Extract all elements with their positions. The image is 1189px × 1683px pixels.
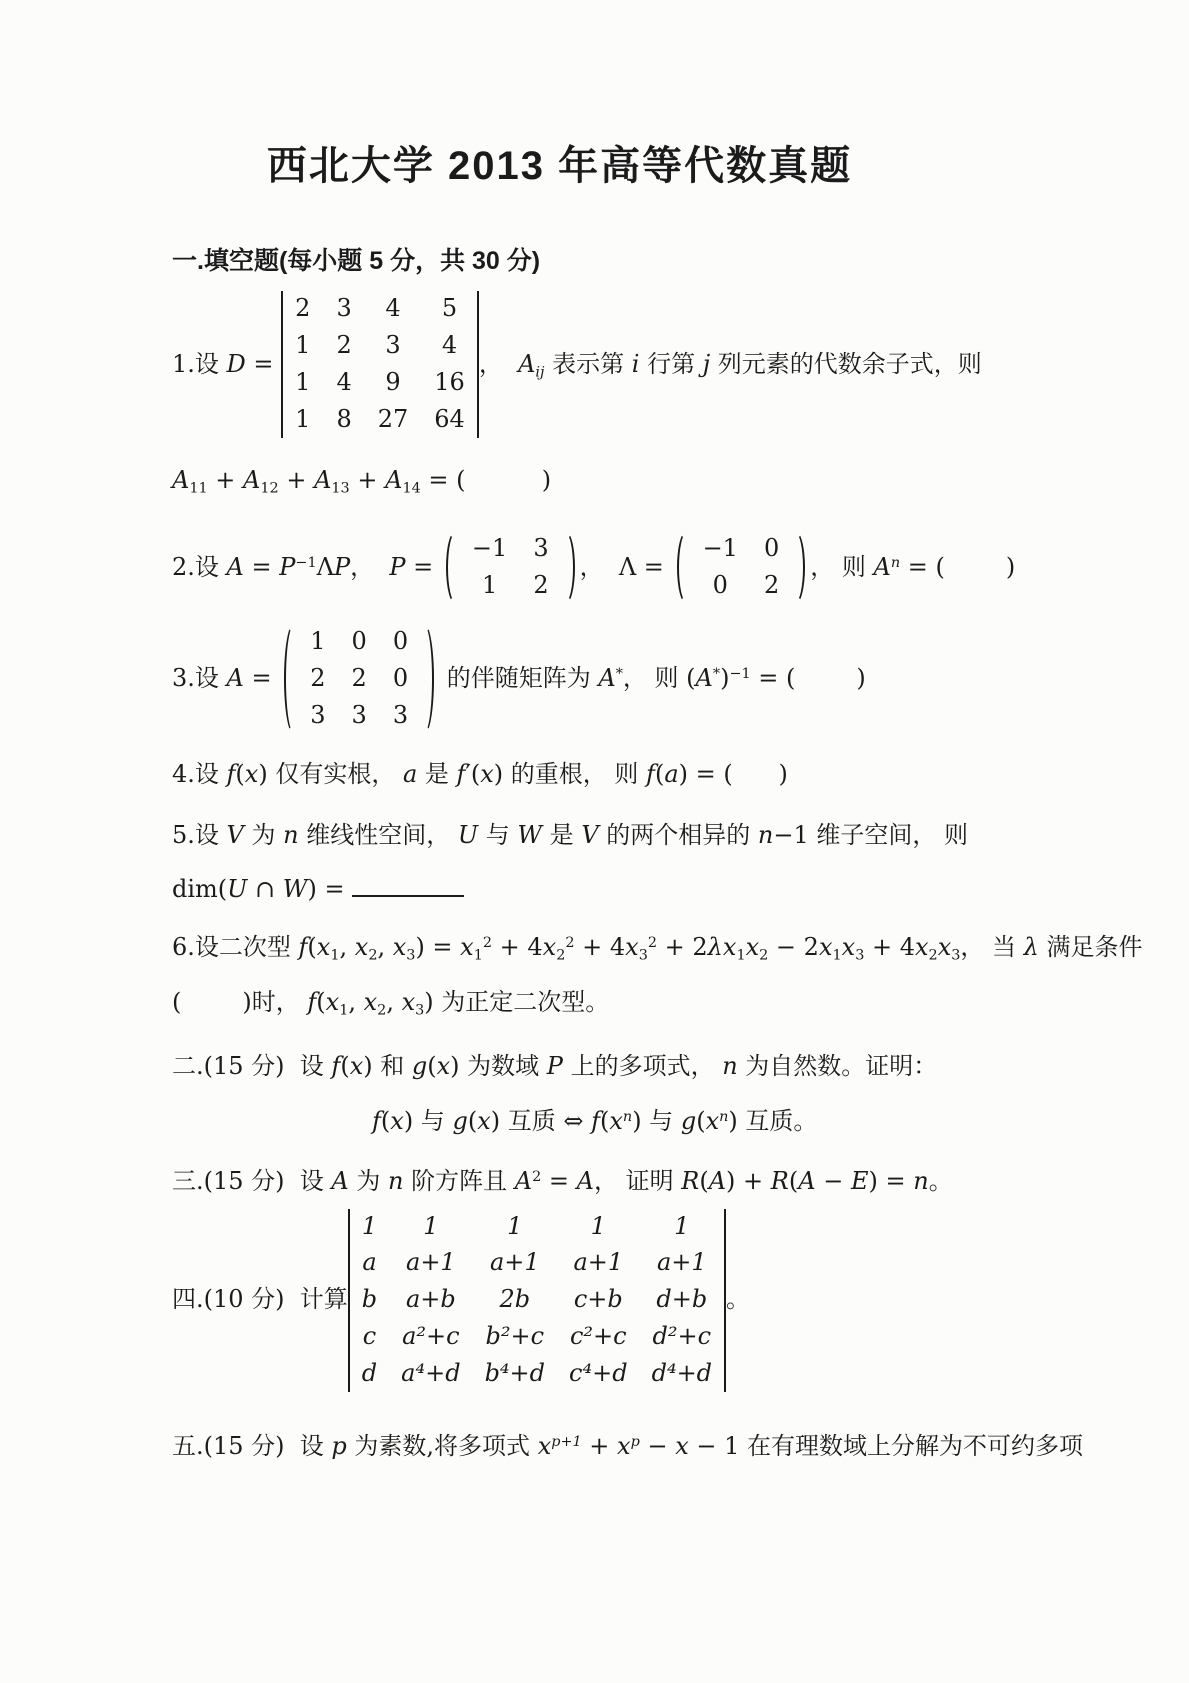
text-run: 为素数,将多项式: [347, 1432, 538, 1460]
problem-2-lead: 2.设 A = P−1ΛP， P =: [172, 551, 441, 585]
text-run: x: [355, 933, 369, 961]
right-paren: [786, 531, 805, 604]
text-run: 维线性空间，: [299, 821, 458, 849]
text-run: (: [316, 988, 325, 1016]
matrix-P-cells: −1312: [460, 531, 561, 604]
matrix-cell: c²+c: [569, 1324, 628, 1350]
text-run: 1: [339, 1003, 348, 1019]
text-run: 2: [377, 1003, 386, 1019]
text-run: ) 互质 ⇔: [491, 1107, 591, 1135]
text-run: x: [842, 933, 856, 961]
text-run: ) 的重根， 则: [494, 760, 646, 788]
matrix-cell: 3: [352, 703, 367, 729]
text-run: ,: [386, 988, 401, 1016]
text-run: A: [227, 664, 244, 692]
text-run: x: [625, 933, 639, 961]
matrix-cell: a⁴+d: [401, 1361, 460, 1387]
text-run: R: [771, 1167, 789, 1195]
text-run: 与: [478, 821, 517, 849]
text-run: (: [340, 1052, 349, 1080]
text-run: +: [208, 466, 243, 494]
matrix-cell: 0: [352, 629, 367, 655]
matrix-cell: b: [362, 1287, 377, 1313]
text-run: A: [385, 466, 402, 494]
text-run: 的两个相异的: [599, 821, 758, 849]
text-run: A: [227, 553, 244, 581]
text-run: ) 互质。: [728, 1107, 817, 1135]
text-run: A: [331, 1167, 348, 1195]
text-run: [352, 875, 464, 897]
text-run: ) =: [415, 933, 460, 961]
matrix-cell: 1: [295, 407, 310, 433]
text-run: (: [307, 933, 316, 961]
text-run: x: [723, 933, 737, 961]
text-run: g: [452, 1107, 467, 1135]
text-run: x: [477, 1107, 491, 1135]
text-run: p: [331, 1432, 346, 1460]
problem-1-lead: 1.设 D =: [172, 348, 281, 382]
text-run: −1: [295, 555, 316, 571]
text-run: x: [480, 760, 494, 788]
text-run: 四.(10 分) 计算: [172, 1285, 348, 1313]
text-run: (: [427, 1052, 436, 1080]
matrix-cell: 4: [378, 296, 409, 322]
matrix-cell: 1: [295, 370, 310, 396]
text-run: + 4: [492, 933, 543, 961]
matrix-A: 100220333: [284, 624, 434, 734]
text-run: U: [227, 875, 247, 903]
text-run: x: [538, 1432, 552, 1460]
problem-5-line-2: dim(U ∩ W) =: [172, 873, 1109, 907]
matrix-cell: 2: [352, 666, 367, 692]
matrix-cell: 1: [485, 1214, 545, 1240]
problem-1-tail: ， Aij 表示第 i 行第 j 列元素的代数余子式，则: [479, 348, 982, 382]
problem-2: 2.设 A = P−1ΛP， P = −1312 ， Λ = −1002 ， 则…: [172, 531, 1109, 604]
text-run: f: [307, 988, 316, 1016]
matrix-cell: 2: [295, 296, 310, 322]
matrix-A-cells: 100220333: [298, 624, 420, 734]
text-run: 阶方阵且: [404, 1167, 515, 1195]
text-run: ) =: [307, 875, 352, 903]
text-run: +: [279, 466, 314, 494]
text-run: ， 当: [960, 933, 1023, 961]
text-run: 6.设二次型: [172, 933, 299, 961]
text-run: A: [518, 350, 535, 378]
text-run: p: [631, 1434, 640, 1450]
matrix-cell: 2: [336, 333, 351, 359]
page-title: 西北大学 2013 年高等代数真题: [172, 142, 947, 190]
problem-6-line-2: ( )时， f(x1, x2, x3) 为正定二次型。: [172, 986, 1109, 1020]
text-run: a: [664, 760, 678, 788]
text-run: λ: [1024, 933, 1039, 961]
text-run: λ: [708, 933, 723, 961]
text-run: x: [390, 1107, 404, 1135]
text-run: n: [758, 821, 773, 849]
text-run: V: [227, 821, 244, 849]
text-run: −1: [729, 666, 750, 682]
matrix-cell: 3: [533, 536, 548, 562]
problem-1: 1.设 D = 2345123414916182764 ， Aij 表示第 i …: [172, 291, 1109, 438]
matrix-cell: a²+c: [401, 1324, 460, 1350]
text-run: 是: [542, 821, 581, 849]
text-run: n: [722, 1052, 737, 1080]
text-run: P: [547, 1052, 563, 1080]
matrix-cell: a+1: [652, 1250, 712, 1276]
text-run: ( )时，: [172, 988, 307, 1016]
problem-3-tail: 的伴随矩阵为 A*， 则 (A*)−1 = ( ): [439, 662, 866, 696]
matrix-cell: 2b: [485, 1287, 545, 1313]
text-run: 2: [565, 935, 574, 951]
text-run: 行第: [639, 350, 702, 378]
text-run: *: [713, 666, 720, 682]
text-run: x: [746, 933, 760, 961]
text-run: (: [468, 1107, 477, 1135]
text-run: 1: [832, 947, 841, 963]
right-paren: [415, 624, 434, 734]
problem-three: 三.(15 分) 设 A 为 n 阶方阵且 A2 = A， 证明 R(A) + …: [172, 1165, 1109, 1199]
determinant-D: 2345123414916182764: [281, 291, 479, 438]
text-run: −: [816, 1167, 851, 1195]
text-run: x: [350, 1052, 364, 1080]
exam-page: 西北大学 2013 年高等代数真题 一.填空题(每小题 5 分，共 30 分) …: [0, 0, 1189, 1683]
matrix-cell: 3: [393, 703, 408, 729]
text-run: p+1: [551, 1434, 581, 1450]
text-run: = ( ): [751, 664, 866, 692]
matrix-cell: 0: [703, 573, 738, 599]
matrix-cell: 2: [310, 666, 325, 692]
text-run: ，: [479, 350, 518, 378]
text-run: x: [609, 1107, 623, 1135]
matrix-cell: 4: [434, 333, 465, 359]
determinant-five-by-five: 11111aa+1a+1a+1a+1ba+b2bc+bd+bca²+cb²+cc…: [348, 1209, 726, 1393]
text-run: g: [681, 1107, 696, 1135]
problem-four-label: 四.(10 分) 计算: [172, 1283, 348, 1317]
matrix-cell: a+1: [569, 1250, 628, 1276]
text-run: ,: [340, 933, 355, 961]
text-run: x: [364, 988, 378, 1016]
text-run: 为自然数。证明：: [738, 1052, 938, 1080]
text-run: 为: [349, 1167, 388, 1195]
problem-1-cofactor-line: A11 + A12 + A13 + A14 = ( ): [172, 464, 1109, 498]
text-run: −1 维子空间， 则: [773, 821, 968, 849]
text-run: + 4: [864, 933, 915, 961]
text-run: A: [598, 664, 615, 692]
matrix-cell: 1: [569, 1214, 628, 1240]
text-run: + 2: [657, 933, 708, 961]
problem-3-lead: 3.设 A =: [172, 662, 279, 696]
text-run: n: [388, 1167, 403, 1195]
text-run: 二.(15 分) 设: [172, 1052, 331, 1080]
matrix-cell: −1: [703, 536, 738, 562]
text-run: (: [600, 1107, 609, 1135]
matrix-P: −1312: [446, 531, 575, 604]
text-run: x: [402, 988, 416, 1016]
matrix-cell: 0: [393, 666, 408, 692]
text-run: Λ: [317, 553, 334, 581]
text-run: A: [874, 553, 891, 581]
text-run: ) 为正定二次型。: [424, 988, 609, 1016]
text-run: D: [227, 350, 246, 378]
problem-4: 4.设 f(x) 仅有实根， a 是 f′(x) 的重根， 则 f(a) = (…: [172, 758, 1109, 792]
matrix-cell: 3: [336, 296, 351, 322]
matrix-cell: d: [362, 1361, 377, 1387]
text-run: A: [798, 1167, 815, 1195]
matrix-cell: a+b: [401, 1287, 460, 1313]
text-run: ) 为数域: [450, 1052, 547, 1080]
text-run: n: [913, 1167, 928, 1195]
text-run: + 4: [575, 933, 626, 961]
text-run: − 1 在有理数域上分解为不可约多项: [689, 1432, 1083, 1460]
text-run: (: [699, 1167, 708, 1195]
text-run: A: [314, 466, 331, 494]
text-run: 2: [648, 935, 657, 951]
text-run: 表示第: [545, 350, 632, 378]
text-run: −: [640, 1432, 675, 1460]
text-run: f: [331, 1052, 340, 1080]
text-run: ) 与: [404, 1107, 453, 1135]
text-run: (: [789, 1167, 798, 1195]
matrix-cell: 4: [336, 370, 351, 396]
text-run: 2.设: [172, 553, 227, 581]
text-run: 的伴随矩阵为: [439, 664, 598, 692]
text-run: 2: [929, 947, 938, 963]
problem-2-mid: ， Λ =: [580, 551, 672, 585]
text-run: n: [719, 1109, 728, 1125]
text-run: 3.设: [172, 664, 227, 692]
text-run: f: [591, 1107, 600, 1135]
matrix-cell: a+1: [485, 1250, 545, 1276]
text-run: ， 则 (: [623, 664, 696, 692]
matrix-cell: 27: [378, 407, 409, 433]
section-fill-in-header: 一.填空题(每小题 5 分，共 30 分): [172, 244, 1109, 279]
problem-four-period: 。: [726, 1283, 750, 1317]
text-run: 3: [855, 947, 864, 963]
matrix-cell: b⁴+d: [485, 1361, 545, 1387]
text-run: 1: [474, 947, 483, 963]
matrix-cell: 0: [393, 629, 408, 655]
text-run: U: [458, 821, 478, 849]
matrix-cell: d⁴+d: [652, 1361, 712, 1387]
text-run: V: [581, 821, 598, 849]
matrix-cell: 5: [434, 296, 465, 322]
text-run: 1: [736, 947, 745, 963]
text-run: 上的多项式，: [563, 1052, 722, 1080]
text-run: ) 和: [363, 1052, 412, 1080]
matrix-cell: 1: [295, 333, 310, 359]
text-run: ′(: [465, 760, 480, 788]
text-run: x: [617, 1432, 631, 1460]
text-run: 五.(15 分) 设: [172, 1432, 331, 1460]
text-run: x: [245, 760, 259, 788]
text-run: P: [334, 553, 350, 581]
text-run: A: [172, 466, 189, 494]
text-run: ， 证明: [594, 1167, 681, 1195]
matrix-cell: c⁴+d: [569, 1361, 628, 1387]
text-run: ，: [350, 553, 389, 581]
matrix-cell: 1: [310, 629, 325, 655]
text-run: dim(: [172, 875, 227, 903]
text-run: n: [891, 555, 900, 571]
text-run: n: [283, 821, 298, 849]
text-run: 2: [556, 947, 565, 963]
text-run: =: [246, 350, 281, 378]
text-run: *: [616, 666, 623, 682]
text-run: 为: [244, 821, 283, 849]
matrix-cell: c: [362, 1324, 377, 1350]
text-run: 三.(15 分) 设: [172, 1167, 331, 1195]
text-run: x: [317, 933, 331, 961]
text-run: R: [681, 1167, 699, 1195]
matrix-cell: 2: [533, 573, 548, 599]
text-run: ,: [377, 933, 392, 961]
problem-two-line-1: 二.(15 分) 设 f(x) 和 g(x) 为数域 P 上的多项式， n 为自…: [172, 1050, 1109, 1084]
text-run: f: [646, 760, 655, 788]
text-run: 11: [189, 480, 207, 496]
matrix-cell: 1: [652, 1214, 712, 1240]
text-run: f: [372, 1107, 381, 1135]
problem-four: 四.(10 分) 计算 11111aa+1a+1a+1a+1ba+b2bc+bd…: [172, 1209, 1109, 1393]
text-run: 2: [483, 935, 492, 951]
text-run: W: [517, 821, 542, 849]
text-run: a: [403, 760, 417, 788]
text-run: g: [412, 1052, 427, 1080]
problem-5-line-1: 5.设 V 为 n 维线性空间， U 与 W 是 V 的两个相异的 n−1 维子…: [172, 819, 1109, 853]
matrix-cell: a+1: [401, 1250, 460, 1276]
text-run: E: [851, 1167, 869, 1195]
text-run: ij: [535, 364, 544, 380]
problem-3: 3.设 A = 100220333 的伴随矩阵为 A*， 则 (A*)−1 = …: [172, 624, 1109, 734]
text-run: ) = ( ): [679, 760, 788, 788]
text-run: x: [938, 933, 952, 961]
text-run: n: [623, 1109, 632, 1125]
matrix-cell: −1: [472, 536, 507, 562]
text-run: x: [460, 933, 474, 961]
matrix-cell: 2: [764, 573, 779, 599]
matrix-cell: b²+c: [485, 1324, 545, 1350]
problem-2-tail: ， 则 An = ( ): [810, 551, 1015, 585]
text-run: x: [326, 988, 340, 1016]
text-run: ， 则: [810, 553, 873, 581]
text-run: A: [577, 1167, 594, 1195]
problem-five: 五.(15 分) 设 p 为素数,将多项式 xp+1 + xp − x − 1 …: [172, 1430, 1109, 1464]
text-run: A: [709, 1167, 726, 1195]
text-run: +: [350, 466, 385, 494]
matrix-cell: 1: [362, 1214, 377, 1240]
matrix-cell: 16: [434, 370, 465, 396]
text-run: 。: [929, 1167, 953, 1195]
matrix-cell: 9: [378, 370, 409, 396]
text-run: (: [381, 1107, 390, 1135]
text-run: x: [675, 1432, 689, 1460]
matrix-cell: c+b: [569, 1287, 628, 1313]
text-run: A: [515, 1167, 532, 1195]
text-run: ∩: [247, 875, 282, 903]
text-run: (: [696, 1107, 705, 1135]
text-run: x: [915, 933, 929, 961]
text-run: W: [283, 875, 308, 903]
matrix-cell: 64: [434, 407, 465, 433]
text-run: +: [582, 1432, 617, 1460]
text-run: 3: [415, 1003, 424, 1019]
matrix-cell: 3: [378, 333, 409, 359]
text-run: ,: [348, 988, 363, 1016]
text-run: (: [235, 760, 244, 788]
text-run: 1.设: [172, 350, 227, 378]
text-run: 4.设: [172, 760, 227, 788]
matrix-cell: a: [362, 1250, 377, 1276]
text-run: ) =: [868, 1167, 913, 1195]
text-run: = ( ): [421, 466, 551, 494]
text-run: x: [393, 933, 407, 961]
right-paren: [556, 531, 575, 604]
text-run: ， Λ =: [580, 553, 672, 581]
text-run: 12: [260, 480, 278, 496]
text-run: ) +: [726, 1167, 771, 1195]
text-run: 列元素的代数余子式，则: [710, 350, 982, 378]
text-run: x: [543, 933, 557, 961]
matrix-Lambda: −1002: [677, 531, 806, 604]
text-run: 2: [532, 1169, 541, 1185]
matrix-cell: 8: [336, 407, 351, 433]
text-run: 13: [331, 480, 349, 496]
text-run: 满足条件: [1039, 933, 1143, 961]
text-run: P: [389, 553, 405, 581]
problem-6-line-1: 6.设二次型 f(x1, x2, x3) = x12 + 4x22 + 4x32…: [172, 931, 1109, 965]
matrix-cell: d²+c: [652, 1324, 712, 1350]
text-run: 3: [639, 947, 648, 963]
text-run: x: [819, 933, 833, 961]
text-run: =: [244, 664, 279, 692]
matrix-Lambda-cells: −1002: [691, 531, 792, 604]
matrix-cell: d+b: [652, 1287, 712, 1313]
text-run: = ( ): [900, 553, 1015, 581]
text-run: 14: [402, 480, 420, 496]
problem-two-line-2: f(x) 与 g(x) 互质 ⇔ f(xn) 与 g(xn) 互质。: [172, 1105, 1109, 1139]
text-run: 是: [417, 760, 456, 788]
matrix-cell: 0: [764, 536, 779, 562]
text-run: =: [406, 553, 441, 581]
text-run: x: [437, 1052, 451, 1080]
text-run: =: [541, 1167, 576, 1195]
text-run: A: [696, 664, 713, 692]
matrix-cell: 3: [310, 703, 325, 729]
text-run: x: [706, 1107, 720, 1135]
text-run: A: [243, 466, 260, 494]
text-run: 1: [330, 947, 339, 963]
text-run: 5.设: [172, 821, 227, 849]
text-run: ) 与: [632, 1107, 681, 1135]
matrix-cell: 1: [472, 573, 507, 599]
text-run: ) 仅有实根，: [258, 760, 403, 788]
text-run: =: [244, 553, 279, 581]
text-run: (: [655, 760, 664, 788]
text-run: − 2: [768, 933, 819, 961]
text-run: P: [279, 553, 295, 581]
matrix-cell: 1: [401, 1214, 460, 1240]
text-run: 2: [759, 947, 768, 963]
